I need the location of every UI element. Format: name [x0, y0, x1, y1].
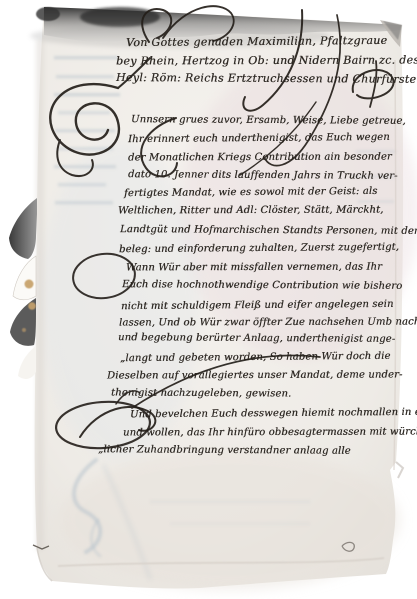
body-line-11: nicht mit schuldigem Fleiß und eifer ang…	[121, 300, 394, 312]
body-line-9: Wann Wür aber mit missfallen vernemen, d…	[126, 263, 382, 274]
body-line-12: lassen, Und ob Wür zwar öffter Zue nachs…	[119, 317, 417, 328]
body-line-6: Weltlichen, Ritter und Adl: Clöster, Stä…	[118, 206, 384, 217]
text-layer: Von Gottes genaden Maximilian, Pfaltzgra…	[0, 0, 417, 599]
body-line-8: beleg: und einforderung zuhalten, Zuerst…	[119, 243, 399, 255]
body-line-10: Euch dise hochnothwendige Contribution w…	[122, 280, 402, 292]
body-line-14: „langt und gebeten worden, So haben Wür …	[120, 352, 391, 364]
heading-line-3: Heyl: Röm: Reichs Ertztruchsessen und Ch…	[116, 72, 417, 85]
body-line-7: Landtgüt und Hofmarchischen Standts Pers…	[120, 225, 417, 237]
body-line-15: Dieselben auf vorallegiertes unser Manda…	[107, 370, 403, 381]
body-line-1: Unnsern grues zuvor, Ersamb, Weise, Lieb…	[131, 115, 406, 127]
body-line-16: thenigist nachzugeleben, gewisen.	[111, 388, 291, 399]
closing-line-2: und wollen, das Ihr hinfüro obbesagterma…	[123, 427, 417, 438]
body-line-2: Ihr erinnert euch underthenigist, das Eu…	[128, 133, 390, 145]
body-line-4: dato 10. Jenner dits lauffenden Jahrs in…	[128, 170, 398, 182]
body-line-5: fertigtes Mandat, wie es sowol mit der G…	[124, 187, 378, 199]
manuscript-photo: Von Gottes genaden Maximilian, Pfaltzgra…	[0, 0, 417, 599]
closing-line-3: „licher Zuhandbringung verstandner anlaa…	[98, 445, 351, 457]
closing-line-1: Und bevelchen Euch desswegen hiemit noch…	[130, 408, 417, 421]
body-line-3: der Monatlichen Kriegs Contribution ain …	[128, 153, 392, 164]
heading-line-1: Von Gottes genaden Maximilian, Pfaltzgra…	[126, 35, 387, 48]
heading-line-2: bey Rhein, Hertzog in Ob: und Nidern Bai…	[116, 54, 417, 66]
body-line-13: und begebung berürter Anlaag, undertheni…	[118, 333, 395, 345]
